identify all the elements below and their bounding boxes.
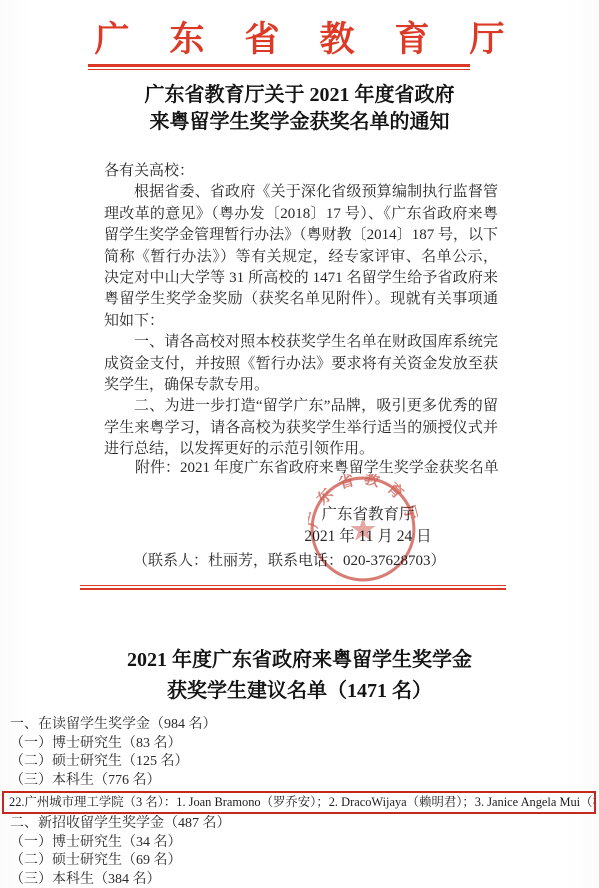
scanned-notice-page: 广东省教育厅 广东省教育厅关于 2021 年度省政府 来粤留学生奖学金获奖名单的… [0, 0, 599, 888]
notice-title-line1: 广东省教育厅关于 2021 年度省政府 [0, 82, 599, 109]
signature-block: 广东省教育厅 2021 年 11 月 24 日 [288, 504, 448, 548]
roster-title-line2: 获奖学生建议名单（1471 名） [0, 676, 599, 707]
roster-item: （三）本科生（384 名） [2, 871, 596, 888]
roster-item: 一、在读留学生奖学金（984 名） [2, 716, 596, 735]
highlighted-roster-item: 22.广州城市理工学院（3 名）：1. Joan Bramono（罗乔安）；2.… [2, 791, 596, 814]
roster-item: （二）硕士研究生（125 名） [2, 753, 596, 772]
roster-item: （一）博士研究生（83 名） [2, 735, 596, 754]
signer-name: 广东省教育厅 [288, 504, 448, 526]
contact-line: （联系人：杜丽芳，联系电话：020-37628703） [133, 549, 446, 570]
roster-item: 二、新招收留学生奖学金（487 名） [2, 815, 596, 834]
roster-item: （三）本科生（776 名） [2, 772, 596, 791]
roster-item: （二）硕士研究生（69 名） [2, 852, 596, 871]
body-paragraph-1: 根据省委、省政府《关于深化省级预算编制执行监督管理改革的意见》（粤办发〔2018… [104, 182, 498, 332]
salutation: 各有关高校： [104, 161, 498, 182]
agency-letterhead: 广东省教育厅 [0, 12, 599, 62]
notice-body: 各有关高校： 根据省委、省政府《关于深化省级预算编制执行监督管理改革的意见》（粤… [104, 161, 498, 461]
roster-title: 2021 年度广东省政府来粤留学生奖学金 获奖学生建议名单（1471 名） [0, 645, 599, 707]
notice-title: 广东省教育厅关于 2021 年度省政府 来粤留学生奖学金获奖名单的通知 [0, 82, 599, 136]
body-paragraph-2: 一、请各高校对照本校获奖学生名单在财政国库系统完成资金支付，并按照《暂行办法》要… [104, 332, 498, 396]
notice-title-line2: 来粤留学生奖学金获奖名单的通知 [0, 109, 599, 136]
section-divider [80, 585, 506, 590]
issue-date: 2021 年 11 月 24 日 [288, 526, 448, 548]
roster-list: 一、在读留学生奖学金（984 名） （一）博士研究生（83 名） （二）硕士研究… [2, 716, 596, 888]
letterhead-divider [88, 64, 470, 70]
roster-title-line1: 2021 年度广东省政府来粤留学生奖学金 [0, 645, 599, 676]
attachment-line: 附件：2021 年度广东省政府来粤留学生奖学金获奖名单 [135, 456, 499, 477]
roster-item: （一）博士研究生（34 名） [2, 834, 596, 853]
body-paragraph-3: 二、为进一步打造“留学广东”品牌，吸引更多优秀的留学生来粤学习，请各高校为获奖学… [104, 396, 498, 460]
